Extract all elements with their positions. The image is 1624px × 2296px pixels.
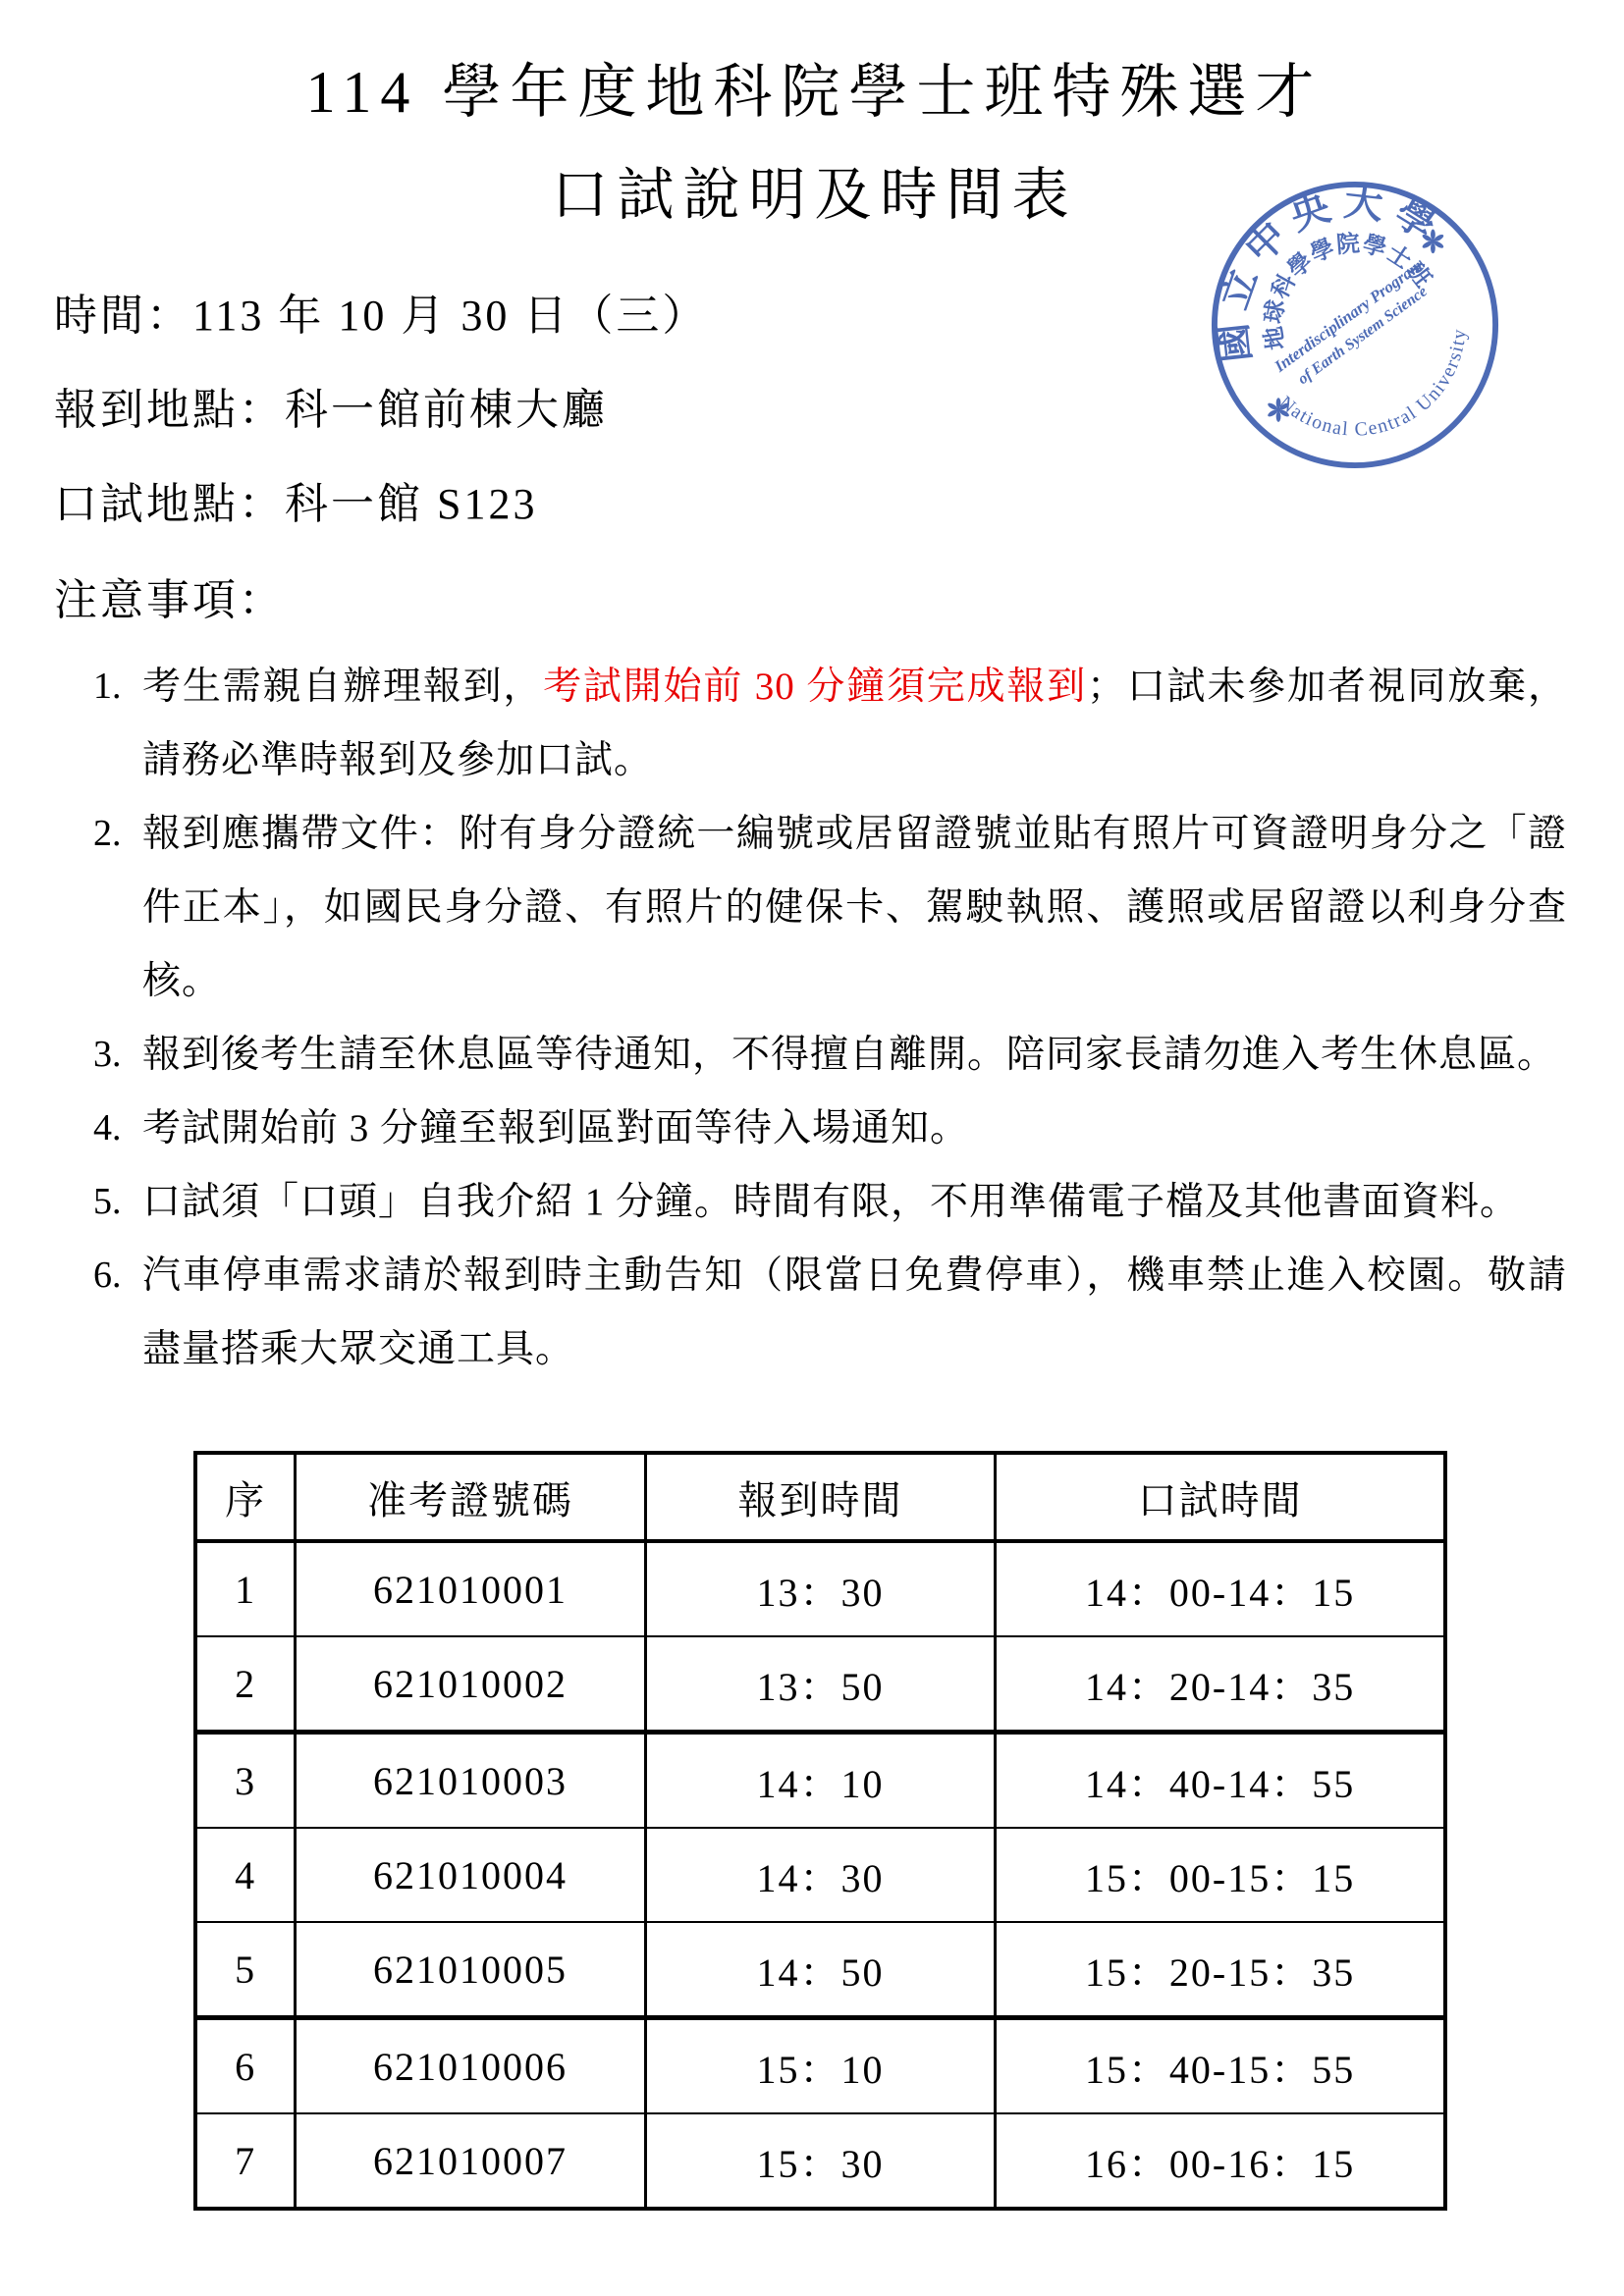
table-row: 262101000213：5014：20-14：35 xyxy=(195,1636,1445,1733)
table-cell: 15：20-15：35 xyxy=(996,1922,1445,2018)
schedule-table-header: 序准考證號碼報到時間口試時間 xyxy=(195,1453,1445,1541)
table-cell: 621010004 xyxy=(296,1828,645,1922)
note-segment: 考生需親自辦理報到， xyxy=(142,666,543,708)
note-item: 5.口試須「口頭」自我介紹 1 分鐘。時間有限，不用準備電子檔及其他書面資料。 xyxy=(54,1165,1575,1239)
table-header-cell: 序 xyxy=(195,1453,296,1541)
note-number: 1. xyxy=(93,650,142,723)
table-cell: 4 xyxy=(195,1828,296,1922)
note-text: 口試須「口頭」自我介紹 1 分鐘。時間有限，不用準備電子檔及其他書面資料。 xyxy=(142,1165,1567,1239)
table-cell: 621010001 xyxy=(296,1541,645,1636)
table-cell: 6 xyxy=(195,2018,296,2114)
table-cell: 15：40-15：55 xyxy=(996,2018,1445,2114)
note-number: 3. xyxy=(93,1018,142,1092)
note-segment: 口試須「口頭」自我介紹 1 分鐘。時間有限，不用準備電子檔及其他書面資料。 xyxy=(142,1181,1519,1223)
notes-list: 1.考生需親自辦理報到，考試開始前 30 分鐘須完成報到；口試未參加者視同放棄，… xyxy=(54,650,1575,1386)
table-cell: 16：00-16：15 xyxy=(996,2113,1445,2209)
note-segment: 報到後考生請至休息區等待通知，不得擅自離開。陪同家長請勿進入考生休息區。 xyxy=(142,1034,1556,1076)
table-cell: 14：00-14：15 xyxy=(996,1541,1445,1636)
table-row: 762101000715：3016：00-16：15 xyxy=(195,2113,1445,2209)
table-header-cell: 口試時間 xyxy=(996,1453,1445,1541)
table-cell: 7 xyxy=(195,2113,296,2209)
table-row: 562101000514：5015：20-15：35 xyxy=(195,1922,1445,2018)
table-cell: 621010005 xyxy=(296,1922,645,2018)
document-page: 114 學年度地科院學士班特殊選才 口試說明及時間表 時間：113 年 10 月… xyxy=(0,0,1624,2296)
note-segment: 考試開始前 3 分鐘至報到區對面等待入場通知。 xyxy=(142,1107,969,1149)
table-cell: 621010003 xyxy=(296,1733,645,1829)
notes-heading: 注意事項： xyxy=(54,579,1575,622)
table-cell: 15：00-15：15 xyxy=(996,1828,1445,1922)
note-text: 汽車停車需求請於報到時主動告知（限當日免費停車），機車禁止進入校園。敬請盡量搭乘… xyxy=(142,1239,1567,1386)
table-cell: 3 xyxy=(195,1733,296,1829)
table-cell: 15：10 xyxy=(645,2018,995,2114)
note-text: 考試開始前 3 分鐘至報到區對面等待入場通知。 xyxy=(142,1092,1567,1165)
table-cell: 5 xyxy=(195,1922,296,2018)
note-text: 考生需親自辦理報到，考試開始前 30 分鐘須完成報到；口試未參加者視同放棄，請務… xyxy=(142,650,1567,797)
table-cell: 13：50 xyxy=(645,1636,995,1733)
table-cell: 13：30 xyxy=(645,1541,995,1636)
schedule-table-wrap: 序准考證號碼報到時間口試時間 162101000113：3014：00-14：1… xyxy=(193,1451,1575,2211)
note-text: 報到後考生請至休息區等待通知，不得擅自離開。陪同家長請勿進入考生休息區。 xyxy=(142,1018,1567,1092)
note-segment: 報到應攜帶文件：附有身分證統一編號或居留證號並貼有照片可資證明身分之「證件正本」… xyxy=(142,813,1567,1002)
table-cell: 621010002 xyxy=(296,1636,645,1733)
table-cell: 14：40-14：55 xyxy=(996,1733,1445,1829)
schedule-table-body: 162101000113：3014：00-14：15262101000213：5… xyxy=(195,1541,1445,2209)
table-cell: 14：50 xyxy=(645,1922,995,2018)
table-cell: 15：30 xyxy=(645,2113,995,2209)
note-item: 4.考試開始前 3 分鐘至報到區對面等待入場通知。 xyxy=(54,1092,1575,1165)
table-cell: 14：10 xyxy=(645,1733,995,1829)
table-cell: 14：20-14：35 xyxy=(996,1636,1445,1733)
note-number: 5. xyxy=(93,1165,142,1239)
note-number: 2. xyxy=(93,797,142,871)
info-interview-location: 口試地點：科一館 S123 xyxy=(54,483,1575,526)
note-item: 6.汽車停車需求請於報到時主動告知（限當日免費停車），機車禁止進入校園。敬請盡量… xyxy=(54,1239,1575,1386)
table-cell: 621010007 xyxy=(296,2113,645,2209)
table-cell: 1 xyxy=(195,1541,296,1636)
table-row: 462101000414：3015：00-15：15 xyxy=(195,1828,1445,1922)
note-item: 1.考生需親自辦理報到，考試開始前 30 分鐘須完成報到；口試未參加者視同放棄，… xyxy=(54,650,1575,797)
table-cell: 621010006 xyxy=(296,2018,645,2114)
note-number: 4. xyxy=(93,1092,142,1165)
note-red-highlight: 考試開始前 30 分鐘須完成報到 xyxy=(543,666,1087,708)
note-item: 2.報到應攜帶文件：附有身分證統一編號或居留證號並貼有照片可資證明身分之「證件正… xyxy=(54,797,1575,1018)
note-number: 6. xyxy=(93,1239,142,1312)
table-row: 662101000615：1015：40-15：55 xyxy=(195,2018,1445,2114)
note-segment: 汽車停車需求請於報到時主動告知（限當日免費停車），機車禁止進入校園。敬請盡量搭乘… xyxy=(142,1255,1567,1370)
table-row: 362101000314：1014：40-14：55 xyxy=(195,1733,1445,1829)
page-title: 114 學年度地科院學士班特殊選才 xyxy=(54,55,1575,122)
table-row: 162101000113：3014：00-14：15 xyxy=(195,1541,1445,1636)
note-text: 報到應攜帶文件：附有身分證統一編號或居留證號並貼有照片可資證明身分之「證件正本」… xyxy=(142,797,1567,1018)
schedule-table: 序准考證號碼報到時間口試時間 162101000113：3014：00-14：1… xyxy=(193,1451,1447,2211)
table-header-cell: 報到時間 xyxy=(645,1453,995,1541)
table-cell: 14：30 xyxy=(645,1828,995,1922)
table-cell: 2 xyxy=(195,1636,296,1733)
table-header-cell: 准考證號碼 xyxy=(296,1453,645,1541)
university-seal-stamp: 國立中央大學 National Central University 地球科學學… xyxy=(1210,169,1500,481)
note-item: 3.報到後考生請至休息區等待通知，不得擅自離開。陪同家長請勿進入考生休息區。 xyxy=(54,1018,1575,1092)
table-header-row: 序准考證號碼報到時間口試時間 xyxy=(195,1453,1445,1541)
